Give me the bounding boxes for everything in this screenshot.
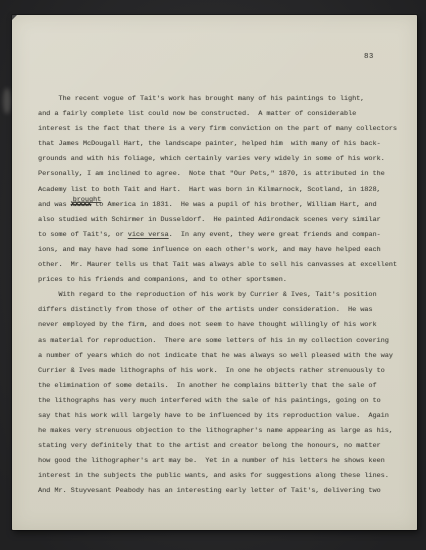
typed-text: The recent vogue of Tait's work has brou… — [38, 95, 364, 103]
page-number: 83 — [364, 53, 374, 61]
typed-text: the lithographs has very much interfered… — [38, 397, 381, 405]
typed-text: Currier & Ives made lithographs of his w… — [38, 367, 385, 375]
typed-text: to America in 1831. He was a pupil of hi… — [91, 201, 377, 209]
typed-line: And Mr. Stuyvesant Peabody has an intere… — [38, 484, 404, 499]
typed-line: that James McDougall Hart, the landscape… — [38, 137, 404, 152]
typed-line: how good the lithographer's art may be. … — [38, 454, 404, 469]
background-smudge — [3, 88, 11, 114]
typed-line: differs distinctly from those of other o… — [38, 303, 404, 318]
typed-line: the lithographs has very much interfered… — [38, 394, 404, 409]
typed-text: differs distinctly from those of other o… — [38, 306, 372, 314]
typed-text: prices to his friends and companions, an… — [38, 276, 287, 284]
typed-text: With regard to the reproduction of his w… — [38, 291, 377, 299]
typed-line: stating very definitely that to the arti… — [38, 439, 404, 454]
typed-text: interest is the fact that there is a ver… — [38, 125, 397, 133]
typed-line: never employed by the firm, and does not… — [38, 318, 404, 333]
typed-text: and was — [38, 201, 71, 209]
typed-line: other. Mr. Maurer tells us that Tait was… — [38, 258, 404, 273]
paper-corner-notch — [12, 15, 17, 20]
typed-text: never employed by the firm, and does not… — [38, 321, 377, 329]
typed-text: stating very definitely that to the arti… — [38, 442, 381, 450]
typed-line: ions, and may have had some influence on… — [38, 243, 404, 258]
typed-text: . In any event, they were great friends … — [169, 231, 381, 239]
typed-text: he makes very strenuous objection to the… — [38, 427, 393, 435]
inserted-word-above-line: brought — [73, 193, 102, 208]
typed-text: a number of years which do not indicate … — [38, 352, 393, 360]
typed-line: he makes very strenuous objection to the… — [38, 424, 404, 439]
typed-text: as material for reproduction. There are … — [38, 337, 389, 345]
typed-line: say that his work will largely have to b… — [38, 409, 404, 424]
typed-line: The recent vogue of Tait's work has brou… — [38, 92, 404, 107]
typed-line: a number of years which do not indicate … — [38, 349, 404, 364]
typed-text: say that his work will largely have to b… — [38, 412, 389, 420]
typed-line: prices to his friends and companions, an… — [38, 273, 404, 288]
typed-line: and a fairly complete list could now be … — [38, 107, 404, 122]
typed-text: and a fairly complete list could now be … — [38, 110, 356, 118]
typed-text: that James McDougall Hart, the landscape… — [38, 140, 381, 148]
typed-text: Personally, I am inclined to agree. Note… — [38, 170, 385, 178]
typed-line: With regard to the reproduction of his w… — [38, 288, 404, 303]
typed-text: interest in the subjects the public want… — [38, 472, 389, 480]
typed-text-body: The recent vogue of Tait's work has brou… — [38, 92, 404, 500]
typed-line: also studied with Schirmer in Dusseldorf… — [38, 213, 404, 228]
typed-line: Currier & Ives made lithographs of his w… — [38, 364, 404, 379]
typed-text: the elimination of some details. In anot… — [38, 382, 377, 390]
typed-line: interest in the subjects the public want… — [38, 469, 404, 484]
typed-text: also studied with Schirmer in Dusseldorf… — [38, 216, 381, 224]
typed-text: grounds and with his foliage, which cert… — [38, 155, 385, 163]
typed-text: to some of Tait's, or — [38, 231, 128, 239]
typed-text: And Mr. Stuyvesant Peabody has an intere… — [38, 487, 381, 495]
underlined-text: vice versa — [128, 231, 169, 239]
document-page: 83 The recent vogue of Tait's work has b… — [12, 15, 417, 530]
typed-line: and was XXXXXbrought to America in 1831.… — [38, 198, 404, 213]
typed-line: Personally, I am inclined to agree. Note… — [38, 167, 404, 182]
typed-text: ions, and may have had some influence on… — [38, 246, 381, 254]
typed-line: the elimination of some details. In anot… — [38, 379, 404, 394]
typed-line: to some of Tait's, or vice versa. In any… — [38, 228, 404, 243]
struck-out-word: XXXXXbrought — [71, 201, 91, 209]
typed-line: grounds and with his foliage, which cert… — [38, 152, 404, 167]
typed-text: other. Mr. Maurer tells us that Tait was… — [38, 261, 397, 269]
typed-text: how good the lithographer's art may be. … — [38, 457, 385, 465]
typed-line: interest is the fact that there is a ver… — [38, 122, 404, 137]
scan-background: 83 The recent vogue of Tait's work has b… — [0, 0, 426, 550]
typed-line: as material for reproduction. There are … — [38, 334, 404, 349]
